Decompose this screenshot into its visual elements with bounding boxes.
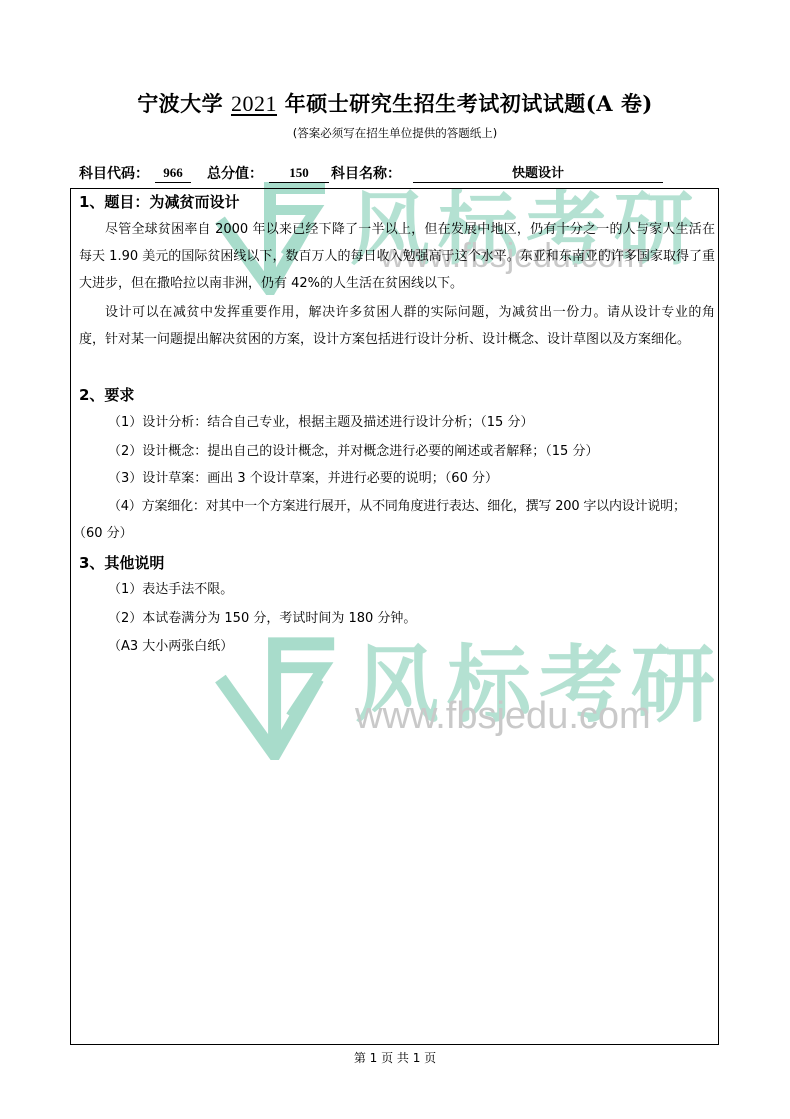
code-label: 科目代码： bbox=[79, 163, 149, 183]
score-value: 150 bbox=[269, 163, 329, 183]
score-label: 总分值： bbox=[207, 163, 263, 183]
title-suffix: 年硕士研究生招生考试初试试题(A 卷) bbox=[277, 91, 653, 116]
name-value: 快题设计 bbox=[413, 163, 663, 183]
exam-meta: 科目代码： 966 总分值： 150 科目名称： 快题设计 bbox=[79, 163, 679, 185]
list-item: （2）设计概念：提出自己的设计概念，并对概念进行必要的阐述或者解释；（15 分） bbox=[108, 441, 598, 463]
list-item: （1）表达手法不限。 bbox=[108, 579, 233, 601]
list-item: （60 分） bbox=[73, 523, 133, 545]
section-heading: 1、题目：为减贫而设计 bbox=[79, 190, 239, 214]
title-year: 2021 bbox=[231, 91, 277, 116]
page-subtitle: (答案必须写在招生单位提供的答题纸上) bbox=[0, 125, 790, 141]
page-number: 第 1 页 共 1 页 bbox=[0, 1049, 790, 1066]
title-prefix: 宁波大学 bbox=[137, 91, 231, 116]
section-heading: 2、要求 bbox=[79, 383, 134, 407]
paragraph: 设计可以在减贫中发挥重要作用，解决许多贫困人群的实际问题，为减贫出一份力。请从设… bbox=[79, 299, 715, 353]
code-value: 966 bbox=[155, 163, 191, 183]
section-heading: 3、其他说明 bbox=[79, 551, 164, 575]
list-item: （4）方案细化：对其中一个方案进行展开，从不同角度进行表达、细化，撰写 200 … bbox=[108, 496, 686, 518]
paragraph: 尽管全球贫困率自 2000 年以来已经下降了一半以上，但在发展中地区，仍有十分之… bbox=[79, 216, 715, 297]
name-label: 科目名称： bbox=[331, 163, 401, 183]
list-item: （A3 大小两张白纸） bbox=[108, 636, 233, 658]
list-item: （1）设计分析：结合自己专业，根据主题及描述进行设计分析；（15 分） bbox=[108, 412, 533, 434]
page-title: 宁波大学 2021 年硕士研究生招生考试初试试题(A 卷) bbox=[0, 88, 790, 118]
list-item: （2）本试卷满分为 150 分，考试时间为 180 分钟。 bbox=[108, 608, 416, 630]
list-item: （3）设计草案：画出 3 个设计草案，并进行必要的说明；（60 分） bbox=[108, 468, 498, 490]
